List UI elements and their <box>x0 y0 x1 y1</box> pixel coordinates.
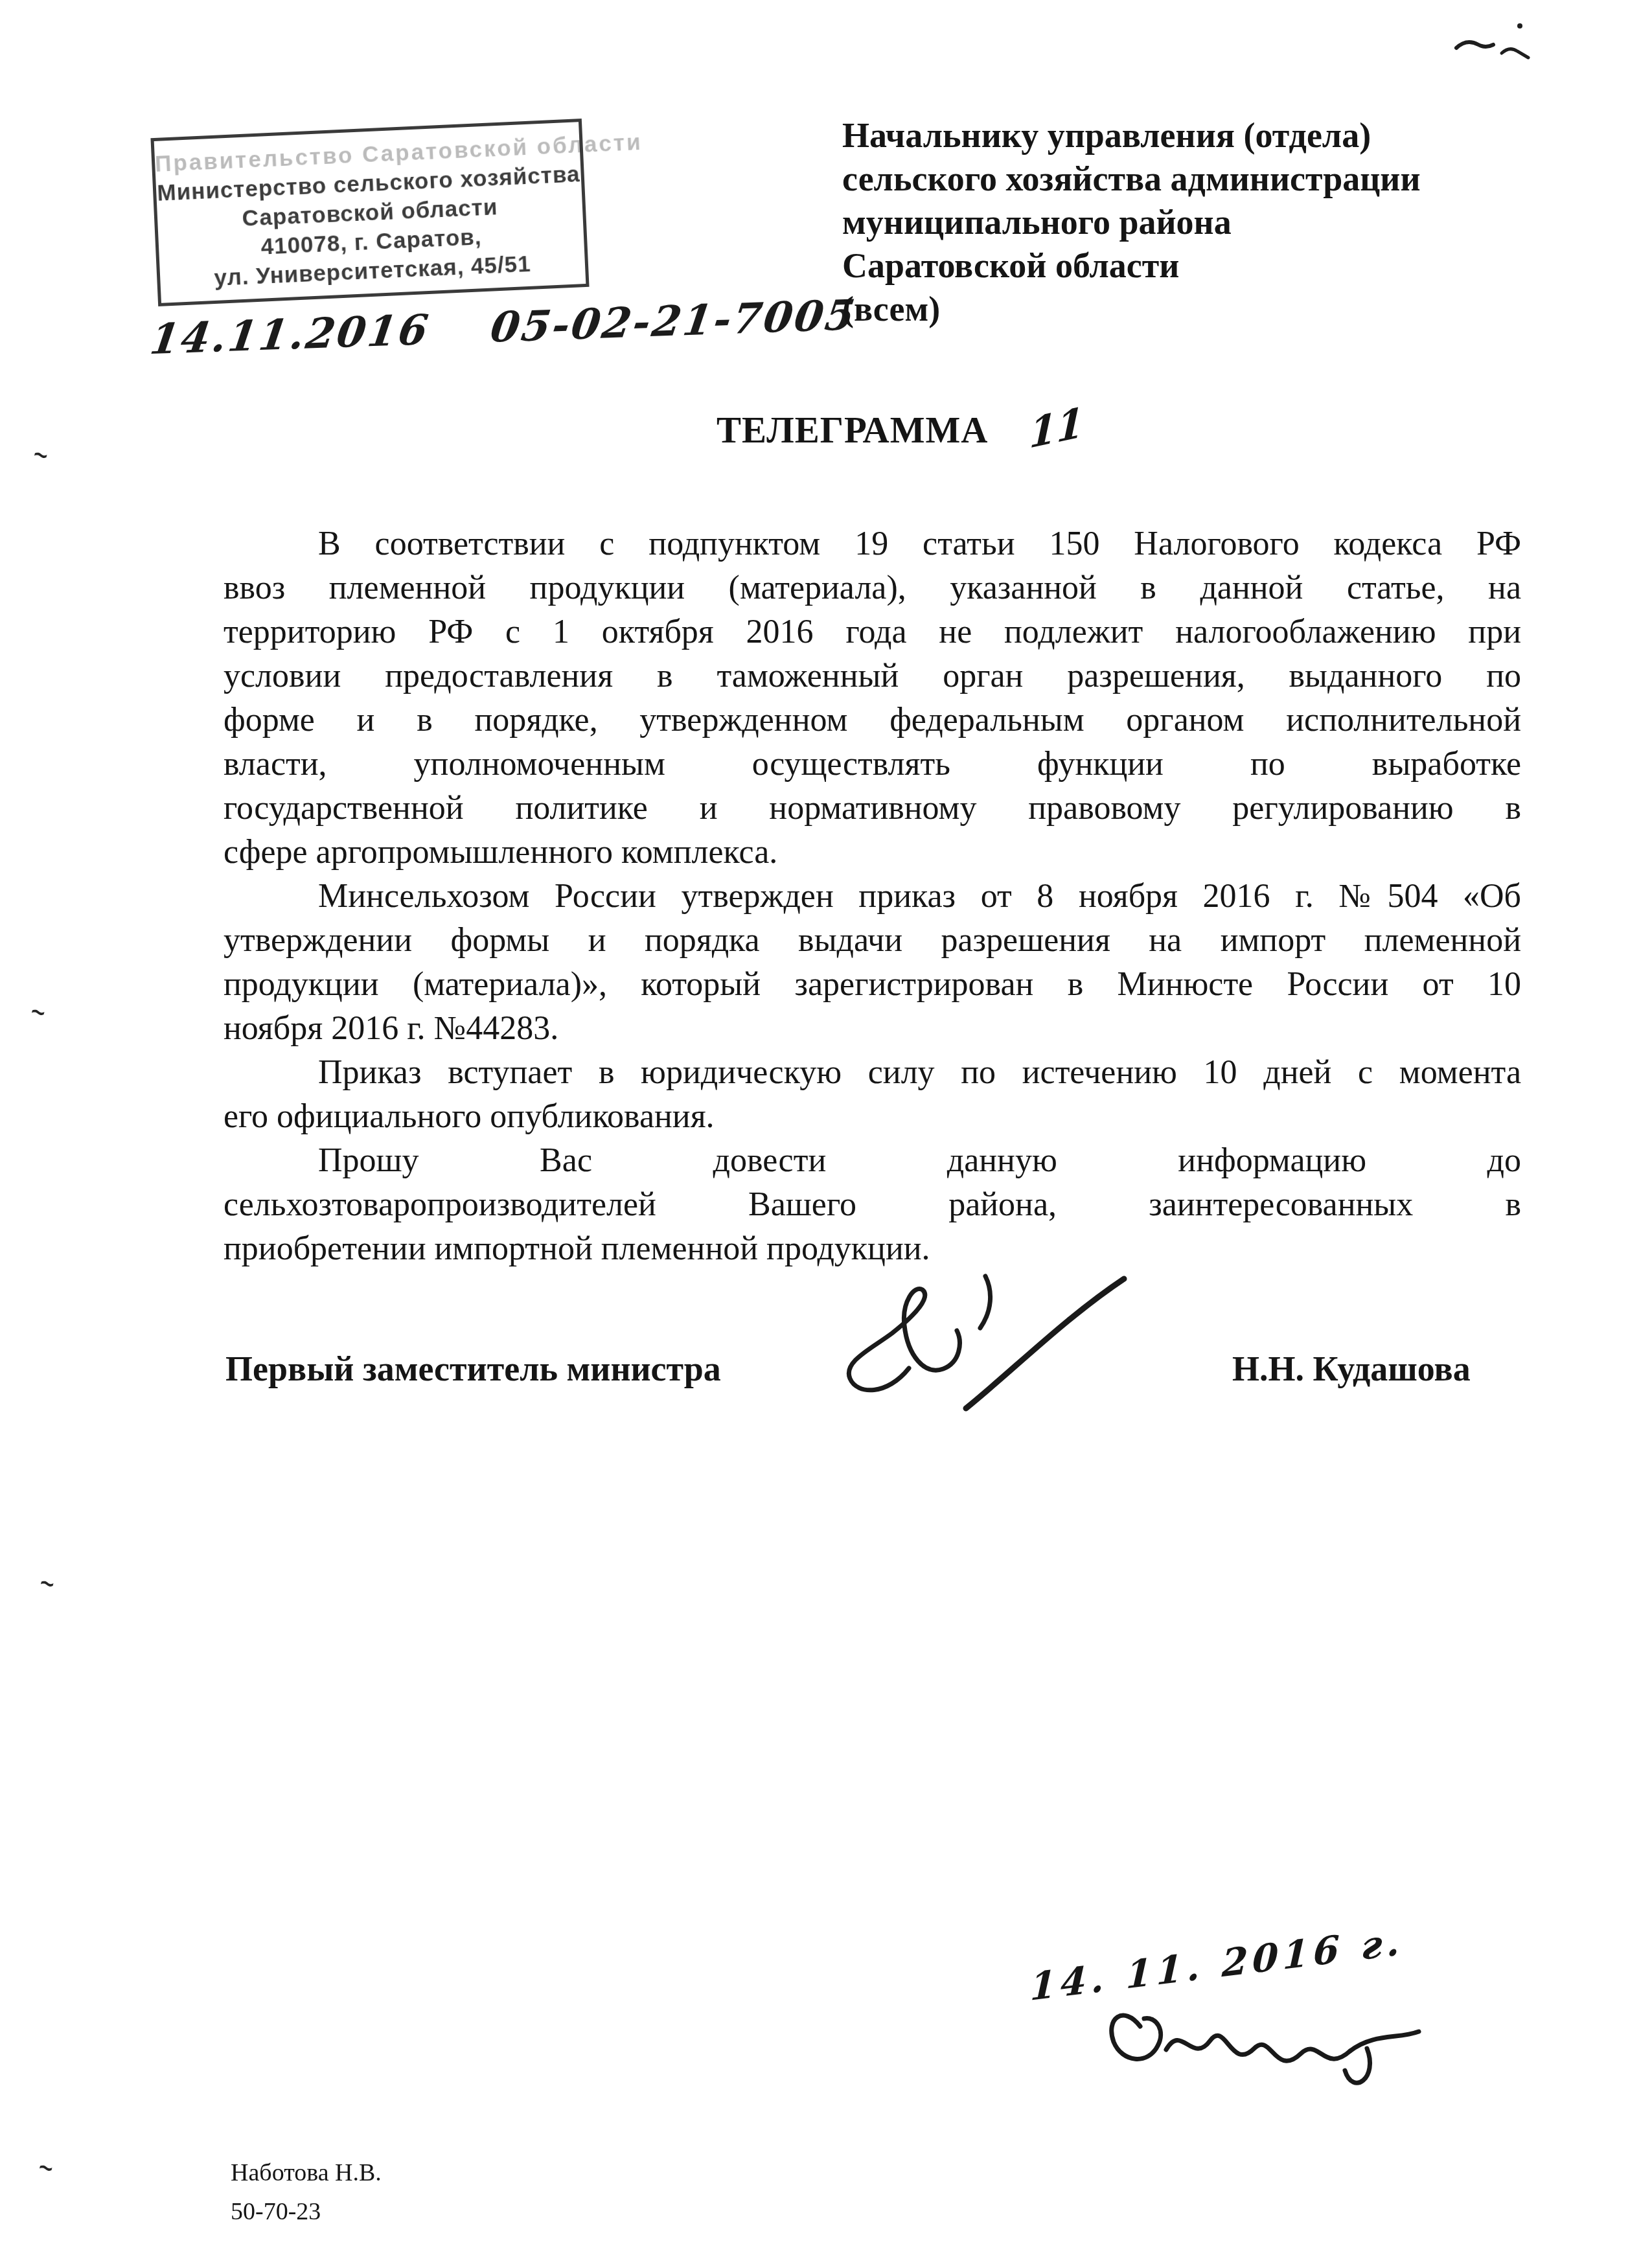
scan-smudge <box>1451 18 1561 70</box>
signer-position-label: Первый заместитель министра <box>225 1349 721 1389</box>
scan-speck: ~ <box>30 441 51 470</box>
signature-scrawl <box>832 1271 1137 1420</box>
body-line: Прошу Вас довести данную информацию до <box>224 1139 1521 1183</box>
recipient-line: муниципального района <box>842 201 1535 244</box>
scan-speck: ~ <box>37 1569 57 1598</box>
body-line: продукции (материала)», который зарегист… <box>224 963 1521 1007</box>
recipient-block: Начальнику управления (отдела)сельского … <box>842 114 1535 331</box>
body-line: Минсельхозом России утвержден приказ от … <box>224 875 1521 919</box>
document-page: Правительство Саратовской областиМинисте… <box>0 0 1652 2268</box>
recipient-line: Саратовской области <box>842 244 1535 288</box>
body-line: ноября 2016 г. №44283. <box>224 1007 1521 1051</box>
scan-speck: ~ <box>28 998 48 1027</box>
body-line: сельхозтоваропроизводителей Вашего район… <box>224 1183 1521 1227</box>
body-line: государственной политике и нормативному … <box>224 786 1521 830</box>
body-line: ввоз племенной продукции (материала), ук… <box>224 566 1521 610</box>
recipient-line: (всем) <box>842 288 1535 331</box>
document-title: ТЕЛЕГРАММА <box>717 409 989 452</box>
recipient-line: сельского хозяйства администрации <box>842 157 1535 201</box>
body-line: В соответствии с подпунктом 19 статьи 15… <box>224 522 1521 566</box>
body-line: условии предоставления в таможенный орга… <box>224 654 1521 698</box>
registration-number: 05-02-21-7005 <box>488 291 860 352</box>
body-line: его официального опубликования. <box>224 1095 1521 1139</box>
ministry-stamp: Правительство Саратовской областиМинисте… <box>150 119 589 306</box>
handwritten-telegram-number: 11 <box>1028 398 1084 458</box>
body-line: утверждении формы и порядка выдачи разре… <box>224 919 1521 963</box>
scan-speck: ~ <box>36 2153 56 2182</box>
body-line: сфере аргопромышленного комплекса. <box>224 830 1521 875</box>
registration-date: 14.11.2016 <box>147 306 433 364</box>
recipient-line: Начальнику управления (отдела) <box>842 114 1535 157</box>
executor-name: Наботова Н.В. <box>231 2159 382 2187</box>
approval-signature-scrawl <box>1095 1986 1432 2103</box>
title-row: ТЕЛЕГРАММА 11 <box>717 409 1084 452</box>
body-line: территорию РФ с 1 октября 2016 года не п… <box>224 610 1521 654</box>
body-line: приобретении импортной племенной продукц… <box>224 1227 1521 1271</box>
body-line: форме и в порядке, утвержденном федераль… <box>224 698 1521 742</box>
signer-name: Н.Н. Кудашова <box>1232 1349 1471 1389</box>
body-text: В соответствии с подпунктом 19 статьи 15… <box>224 522 1521 1271</box>
body-line: власти, уполномоченным осуществлять функ… <box>224 742 1521 786</box>
body-line: Приказ вступает в юридическую силу по ис… <box>224 1051 1521 1095</box>
executor-phone: 50-70-23 <box>231 2197 321 2226</box>
